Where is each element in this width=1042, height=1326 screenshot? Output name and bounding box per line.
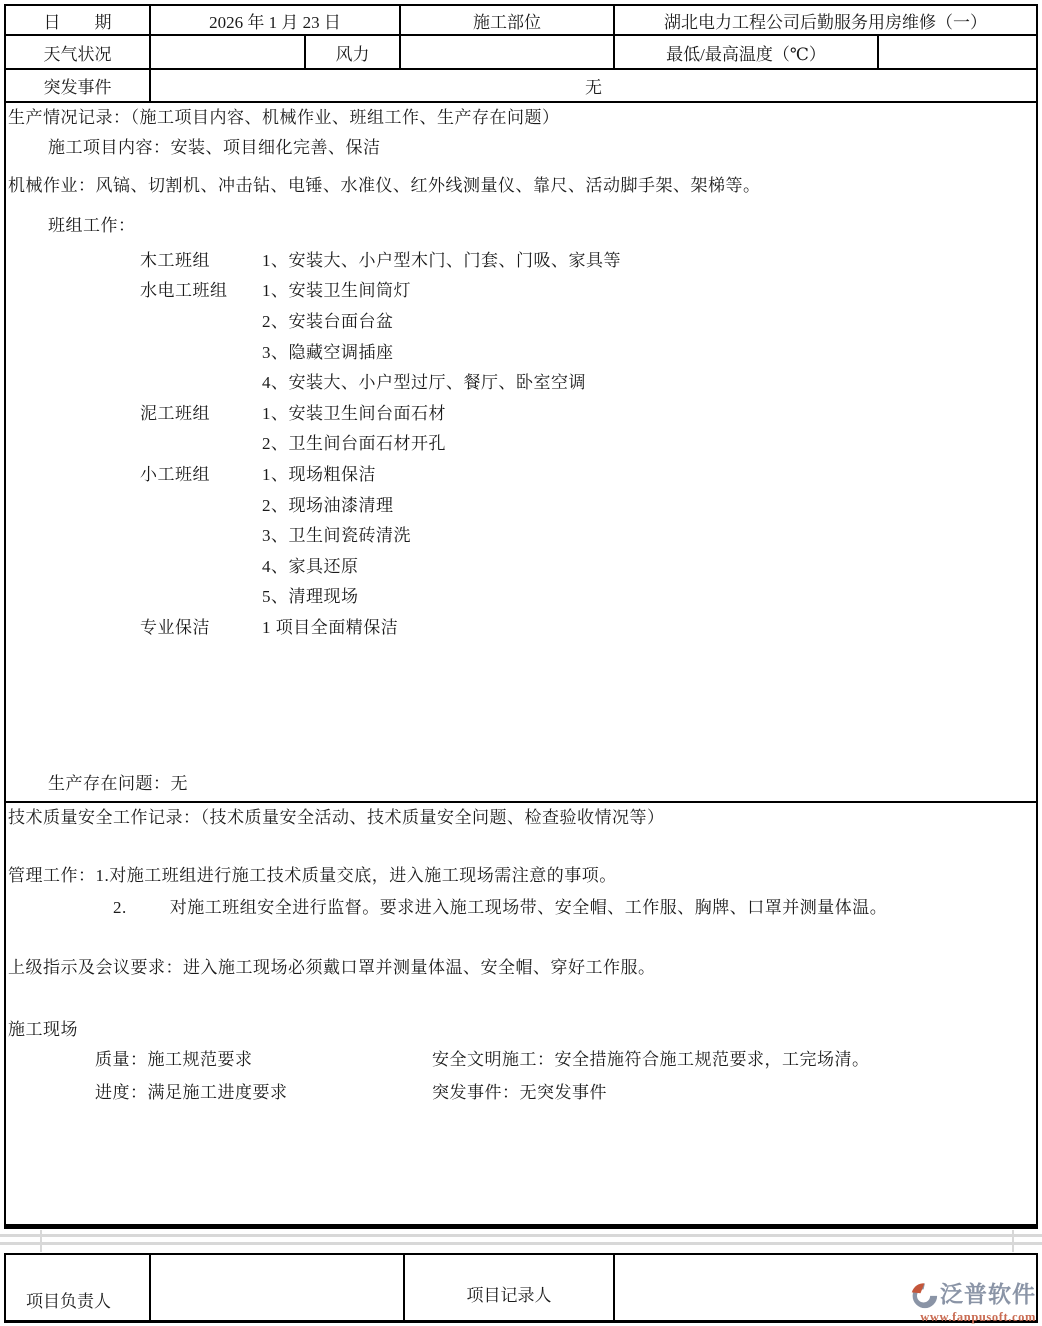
temperature-label: 最低/最高温度（℃） (615, 36, 877, 68)
part-value[interactable]: 湖北电力工程公司后勤服务用房维修（一） (615, 6, 1036, 34)
border-line (4, 4, 6, 1229)
team-task: 1、安装大、小户型木门、门套、门吸、家具等 (262, 246, 621, 271)
team-row: 泥工班组1、安装卫生间台面石材 (140, 396, 621, 427)
fanpu-logo[interactable]: 泛普软件 www.fanpusoft.com (900, 1281, 1036, 1324)
border-line (4, 1320, 1038, 1323)
superior-instructions-line: 上级指示及会议要求：进入施工现场必须戴口罩并测量体温、安全帽、穿好工作服。 (8, 956, 656, 980)
team-work-heading: 班组工作： (48, 214, 136, 238)
site-emergency-line: 突发事件：无突发事件 (432, 1081, 607, 1105)
team-task: 4、家具还原 (262, 552, 359, 577)
project-leader-label: 项目负责人 (6, 1255, 149, 1320)
team-row: 4、家具还原 (140, 549, 621, 580)
team-row: 专业保洁1 项目全面精保洁 (140, 610, 621, 641)
site-safety-line: 安全文明施工：安全措施符合施工规范要求，工完场清。 (432, 1048, 870, 1072)
part-label: 施工部位 (401, 6, 613, 34)
team-row: 水电工班组1、安装卫生间筒灯 (140, 274, 621, 305)
team-task: 4、安装大、小户型过厅、餐厅、卧室空调 (262, 368, 586, 393)
team-row: 2、现场油漆清理 (140, 488, 621, 519)
separator-line (0, 1234, 1042, 1237)
team-task: 2、卫生间台面石材开孔 (262, 429, 446, 454)
site-quality-line: 质量：施工规范要求 (95, 1048, 253, 1072)
team-row: 小工班组1、现场粗保洁 (140, 457, 621, 488)
border-line (1036, 1253, 1038, 1323)
team-row: 3、卫生间瓷砖清洗 (140, 518, 621, 549)
border-line (4, 101, 1038, 103)
team-task: 2、安装台面台盆 (262, 307, 394, 332)
team-name: 泥工班组 (140, 399, 262, 424)
separator-line (0, 1242, 1042, 1245)
team-task: 3、隐藏空调插座 (262, 338, 394, 363)
team-task: 1、现场粗保洁 (262, 460, 376, 485)
team-row: 木工班组1、安装大、小户型木门、门套、门吸、家具等 (140, 243, 621, 274)
production-problems-line: 生产存在问题：无 (48, 772, 188, 796)
separator-tick (40, 1230, 42, 1252)
border-line-thick (4, 1224, 1038, 1229)
border-line (4, 801, 1038, 803)
management-line-1: 管理工作：1.对施工班组进行施工技术质量交底，进入施工现场需注意的事项。 (8, 864, 617, 888)
team-row: 2、卫生间台面石材开孔 (140, 427, 621, 458)
fanpu-logo-icon (910, 1281, 938, 1309)
wind-value-field[interactable] (401, 36, 613, 68)
team-work-list: 木工班组1、安装大、小户型木门、门套、门吸、家具等 水电工班组1、安装卫生间筒灯… (140, 243, 621, 641)
separator-tick (1012, 1230, 1014, 1252)
team-name: 专业保洁 (140, 613, 262, 638)
team-task: 3、卫生间瓷砖清洗 (262, 521, 411, 546)
team-row: 4、安装大、小户型过厅、餐厅、卧室空调 (140, 365, 621, 396)
team-name: 木工班组 (140, 246, 262, 271)
team-task: 2、现场油漆清理 (262, 491, 394, 516)
daily-log-page: 日 期 2026 年 1 月 23 日 施工部位 湖北电力工程公司后勤服务用房维… (0, 0, 1042, 1326)
emergency-label: 突发事件 (6, 70, 149, 101)
project-content-line: 施工项目内容：安装、项目细化完善、保洁 (48, 136, 381, 160)
quality-record-heading: 技术质量安全工作记录：（技术质量安全活动、技术质量安全问题、检查验收情况等） (8, 806, 665, 830)
team-name: 水电工班组 (140, 276, 262, 301)
team-task: 1 项目全面精保洁 (262, 613, 398, 638)
emergency-value[interactable]: 无 (151, 70, 1036, 101)
date-label: 日 期 (6, 6, 149, 34)
fanpu-logo-top: 泛普软件 (900, 1281, 1036, 1309)
project-leader-sign-field[interactable] (151, 1255, 403, 1320)
team-task: 1、安装卫生间筒灯 (262, 276, 411, 301)
team-row: 5、清理现场 (140, 580, 621, 611)
management-line-2-number: 2. (113, 898, 127, 917)
temperature-value-field[interactable] (879, 36, 1036, 68)
management-line-2: 2.对施工班组安全进行监督。要求进入施工现场带、安全帽、工作服、胸牌、口罩并测量… (113, 896, 887, 920)
border-line (1036, 4, 1038, 1229)
team-row: 2、安装台面台盆 (140, 304, 621, 335)
team-name: 小工班组 (140, 460, 262, 485)
site-progress-line: 进度：满足施工进度要求 (95, 1081, 288, 1105)
machinery-line: 机械作业：风镐、切割机、冲击钻、电锤、水准仪、红外线测量仪、靠尺、活动脚手架、架… (8, 174, 761, 198)
weather-value-field[interactable] (151, 36, 304, 68)
team-task: 5、清理现场 (262, 582, 359, 607)
fanpu-logo-url[interactable]: www.fanpusoft.com (900, 1311, 1036, 1324)
wind-label: 风力 (306, 36, 399, 68)
team-row: 3、隐藏空调插座 (140, 335, 621, 366)
management-line-2-text: 对施工班组安全进行监督。要求进入施工现场带、安全帽、工作服、胸牌、口罩并测量体温… (170, 896, 888, 920)
production-record-heading: 生产情况记录：（施工项目内容、机械作业、班组工作、生产存在问题） (8, 106, 560, 130)
fanpu-logo-text: 泛普软件 (940, 1283, 1036, 1306)
date-value[interactable]: 2026 年 1 月 23 日 (151, 6, 399, 34)
project-recorder-label: 项目记录人 (405, 1255, 613, 1320)
site-heading: 施工现场 (8, 1018, 78, 1042)
team-task: 1、安装卫生间台面石材 (262, 399, 446, 424)
weather-label: 天气状况 (6, 36, 149, 68)
